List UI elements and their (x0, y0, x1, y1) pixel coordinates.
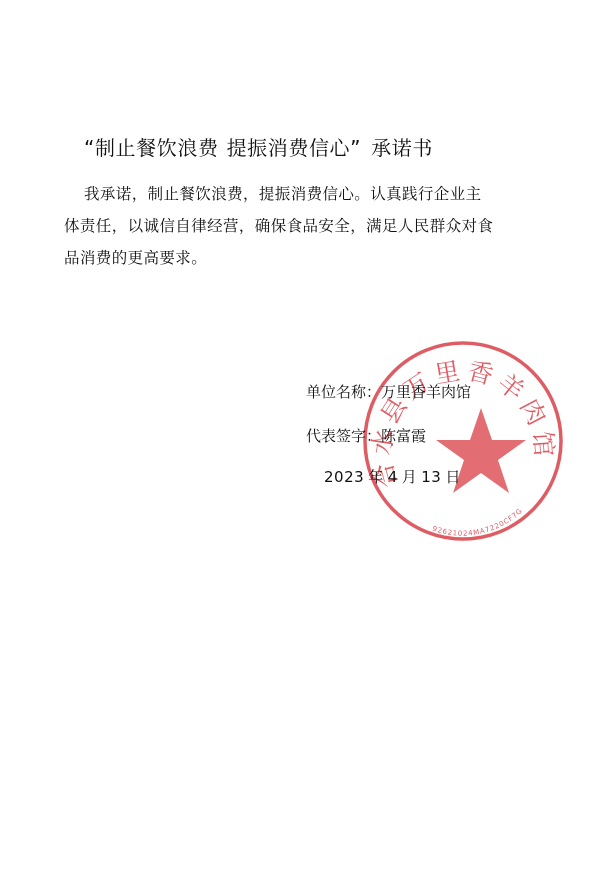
date-year: 2023 (324, 468, 364, 486)
date-row: 2023年4月13日 (324, 466, 465, 487)
document-title: “制止餐饮浪费提振消费信心”承诺书 (84, 132, 433, 161)
title-part-3: 承诺书 (371, 136, 433, 160)
unit-name-value: 万里香羊肉馆 (381, 383, 471, 401)
svg-text:92621024MA7220CF7G: 92621024MA7220CF7G (431, 507, 524, 538)
document-page: “制止餐饮浪费提振消费信心”承诺书 我承诺，制止餐饮浪费，提振消费信心。认真践行… (0, 0, 591, 886)
representative-label: 代表签字： (306, 427, 381, 445)
body-line-3: 品消费的更高要求。 (64, 242, 504, 274)
representative-row: 代表签字：陈富霞 (306, 425, 426, 446)
date-month: 4 (388, 468, 398, 486)
commitment-body: 我承诺，制止餐饮浪费，提振消费信心。认真践行企业主 体责任，以诚信自律经营，确保… (64, 178, 504, 274)
date-day: 13 (421, 468, 441, 486)
date-month-unit: 月 (402, 468, 418, 486)
representative-signature: 陈富霞 (381, 427, 426, 445)
body-line-1: 我承诺，制止餐饮浪费，提振消费信心。认真践行企业主 (64, 178, 504, 210)
title-part-2: 提振消费信心” (227, 136, 362, 160)
date-year-unit: 年 (368, 468, 384, 486)
title-part-1: “制止餐饮浪费 (84, 136, 219, 160)
body-line-2: 体责任，以诚信自律经营，确保食品安全，满足人民群众对食 (64, 210, 504, 242)
date-day-unit: 日 (445, 468, 461, 486)
unit-name-label: 单位名称： (306, 383, 381, 401)
seal-code: 92621024MA7220CF7G (431, 507, 524, 538)
unit-name-row: 单位名称：万里香羊肉馆 (306, 381, 471, 402)
